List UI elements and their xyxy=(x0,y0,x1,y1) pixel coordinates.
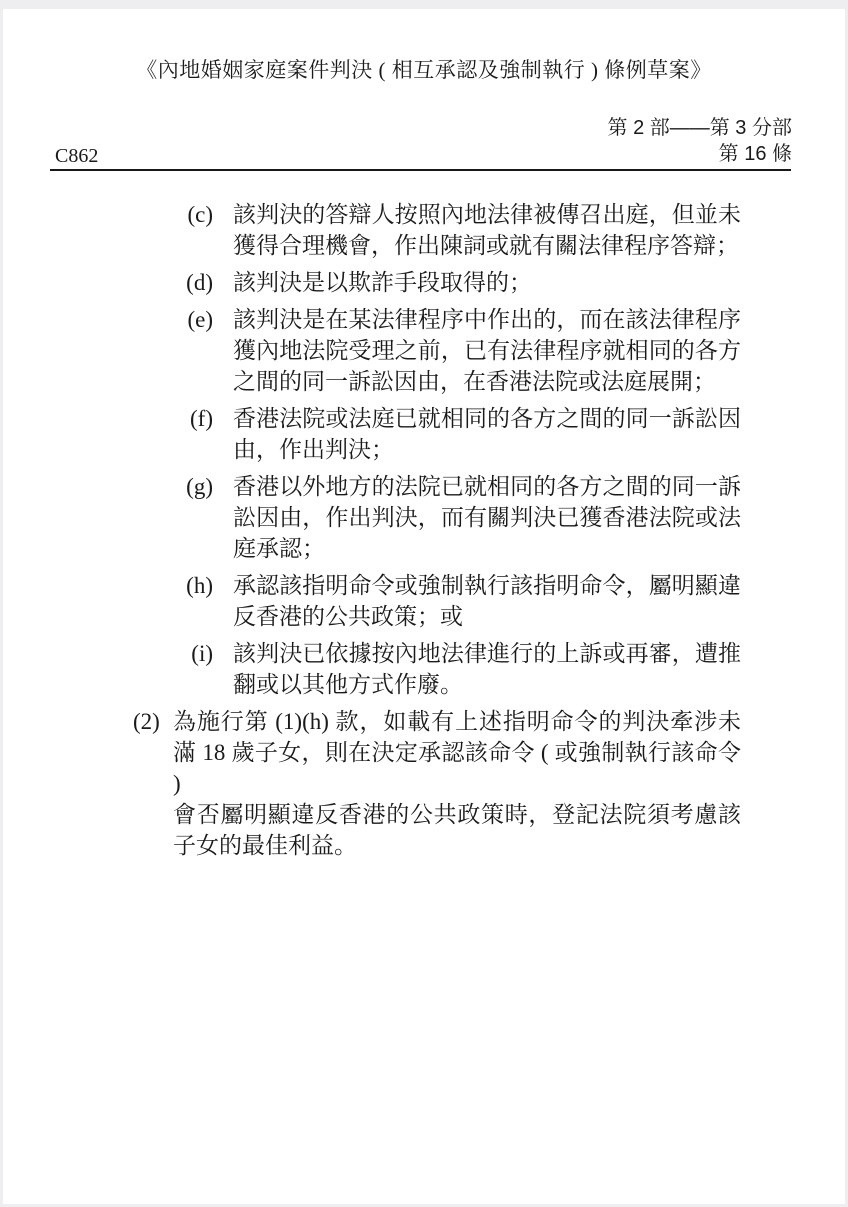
text-line: 子女的最佳利益。 xyxy=(173,830,741,861)
clause-item-g: (g) 香港以外地方的法院已就相同的各方之間的同一訴 訟因由，作出判決，而有關判… xyxy=(133,471,741,564)
text-line: 該判決的答辯人按照內地法律被傳召出庭，但並未 xyxy=(233,199,741,230)
clause-text: 該判決已依據按內地法律進行的上訴或再審，遭推 翻或以其他方式作廢。 xyxy=(233,638,741,700)
clause-item-i: (i) 該判決已依據按內地法律進行的上訴或再審，遭推 翻或以其他方式作廢。 xyxy=(133,638,741,700)
header-section-ref: 第 16 條 xyxy=(719,141,792,167)
text-line: 翻或以其他方式作廢。 xyxy=(233,669,741,700)
text-line: 獲內地法院受理之前，已有法律程序就相同的各方 xyxy=(233,335,741,366)
clause-label: (e) xyxy=(133,304,233,397)
text-line: 反香港的公共政策；或 xyxy=(233,601,741,632)
text-line: 庭承認； xyxy=(233,533,741,564)
subsection-label: (2) xyxy=(133,706,173,861)
text-line: 之間的同一訴訟因由，在香港法院或法庭展開； xyxy=(233,366,741,397)
text-line: 滿 18 歲子女，則在決定承認該命令 ( 或強制執行該命令 ) xyxy=(173,737,741,799)
clause-text: 該判決是在某法律程序中作出的，而在該法律程序 獲內地法院受理之前，已有法律程序就… xyxy=(233,304,741,397)
clause-item-e: (e) 該判決是在某法律程序中作出的，而在該法律程序 獲內地法院受理之前，已有法… xyxy=(133,304,741,397)
text-line: 香港以外地方的法院已就相同的各方之間的同一訴 xyxy=(233,471,741,502)
clause-text: 承認該指明命令或強制執行該指明命令，屬明顯違 反香港的公共政策；或 xyxy=(233,570,741,632)
clause-text: 香港法院或法庭已就相同的各方之間的同一訴訟因 由，作出判決； xyxy=(233,403,741,465)
clause-item-h: (h) 承認該指明命令或強制執行該指明命令，屬明顯違 反香港的公共政策；或 xyxy=(133,570,741,632)
document-title: 《內地婚姻家庭案件判決 ( 相互承認及強制執行 ) 條例草案》 xyxy=(3,55,845,86)
clause-item-f: (f) 香港法院或法庭已就相同的各方之間的同一訴訟因 由，作出判決； xyxy=(133,403,741,465)
clause-label: (i) xyxy=(133,638,233,700)
text-line: 香港法院或法庭已就相同的各方之間的同一訴訟因 xyxy=(233,403,741,434)
clause-label: (g) xyxy=(133,471,233,564)
text-line: 該判決已依據按內地法律進行的上訴或再審，遭推 xyxy=(233,638,741,669)
text-line: 為施行第 (1)(h) 款，如載有上述指明命令的判決牽涉未 xyxy=(173,706,741,737)
subsection-text: 為施行第 (1)(h) 款，如載有上述指明命令的判決牽涉未 滿 18 歲子女，則… xyxy=(173,706,741,861)
header-page-code: C862 xyxy=(55,143,98,169)
clause-text: 該判決的答辯人按照內地法律被傳召出庭，但並未 獲得合理機會，作出陳詞或就有關法律… xyxy=(233,199,741,261)
clause-label: (h) xyxy=(133,570,233,632)
text-line: 該判決是以欺詐手段取得的； xyxy=(233,267,741,298)
text-line: 訟因由，作出判決，而有關判決已獲香港法院或法 xyxy=(233,502,741,533)
header-divider xyxy=(50,169,791,171)
text-line: 承認該指明命令或強制執行該指明命令，屬明顯違 xyxy=(233,570,741,601)
document-page: 《內地婚姻家庭案件判決 ( 相互承認及強制執行 ) 條例草案》 第 2 部——第… xyxy=(3,9,845,1204)
text-line: 會否屬明顯違反香港的公共政策時，登記法院須考慮該 xyxy=(173,799,741,830)
subsection-item-2: (2) 為施行第 (1)(h) 款，如載有上述指明命令的判決牽涉未 滿 18 歲… xyxy=(133,706,741,861)
clause-text: 該判決是以欺詐手段取得的； xyxy=(233,267,741,298)
clause-text: 香港以外地方的法院已就相同的各方之間的同一訴 訟因由，作出判決，而有關判決已獲香… xyxy=(233,471,741,564)
clause-list: (c) 該判決的答辯人按照內地法律被傳召出庭，但並未 獲得合理機會，作出陳詞或就… xyxy=(133,199,741,867)
text-line: 由，作出判決； xyxy=(233,434,741,465)
clause-label: (f) xyxy=(133,403,233,465)
clause-item-c: (c) 該判決的答辯人按照內地法律被傳召出庭，但並未 獲得合理機會，作出陳詞或就… xyxy=(133,199,741,261)
header-part-ref: 第 2 部——第 3 分部 xyxy=(608,115,792,141)
text-line: 該判決是在某法律程序中作出的，而在該法律程序 xyxy=(233,304,741,335)
text-line: 獲得合理機會，作出陳詞或就有關法律程序答辯； xyxy=(233,230,741,261)
clause-label: (c) xyxy=(133,199,233,261)
clause-label: (d) xyxy=(133,267,233,298)
clause-item-d: (d) 該判決是以欺詐手段取得的； xyxy=(133,267,741,298)
